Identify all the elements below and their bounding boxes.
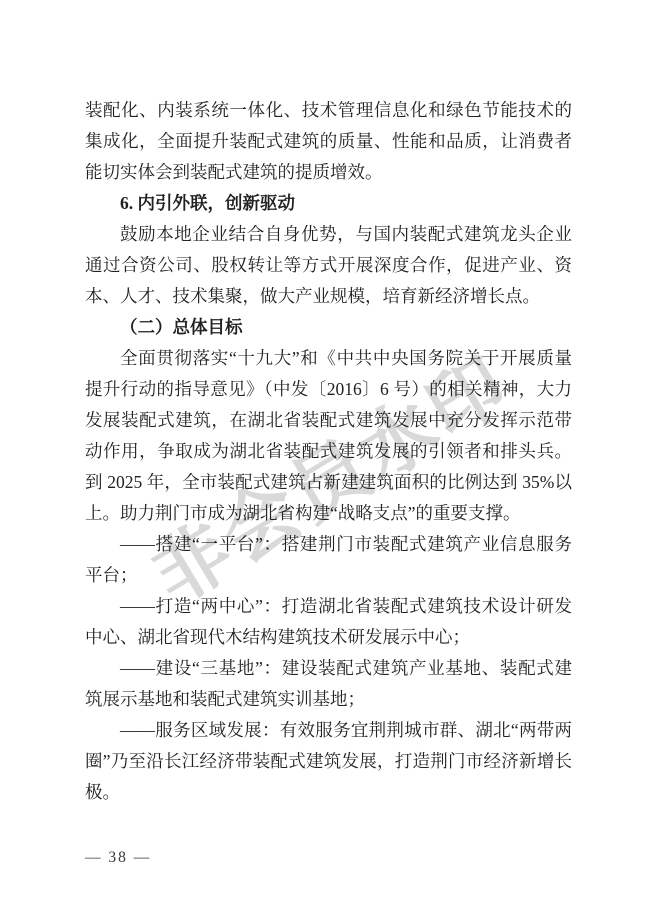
page-number: — 38 — <box>85 849 151 867</box>
paragraph: 装配化、内装系统一体化、技术管理信息化和绿色节能技术的集成化，全面提升装配式建筑… <box>85 95 572 188</box>
paragraph: ——搭建“一平台”：搭建荆门市装配式建筑产业信息服务平台； <box>85 529 572 591</box>
paragraph: ——建设“三基地”：建设装配式建筑产业基地、装配式建筑展示基地和装配式建筑实训基… <box>85 653 572 715</box>
section-heading: （二）总体目标 <box>85 312 572 343</box>
paragraph: 鼓励本地企业结合自身优势，与国内装配式建筑龙头企业通过合资公司、股权转让等方式开… <box>85 219 572 312</box>
document-body: 装配化、内装系统一体化、技术管理信息化和绿色节能技术的集成化，全面提升装配式建筑… <box>85 95 572 808</box>
document-page: 非会员水印 装配化、内装系统一体化、技术管理信息化和绿色节能技术的集成化，全面提… <box>0 0 650 919</box>
paragraph: 全面贯彻落实“十九大”和《中共中央国务院关于开展质量提升行动的指导意见》（中发〔… <box>85 343 572 529</box>
paragraph: ——服务区域发展：有效服务宜荆荆城市群、湖北“两带两圈”乃至沿长江经济带装配式建… <box>85 715 572 808</box>
paragraph: ——打造“两中心”：打造湖北省装配式建筑技术设计研发中心、湖北省现代木结构建筑技… <box>85 591 572 653</box>
section-heading: 6. 内引外联，创新驱动 <box>85 188 572 219</box>
